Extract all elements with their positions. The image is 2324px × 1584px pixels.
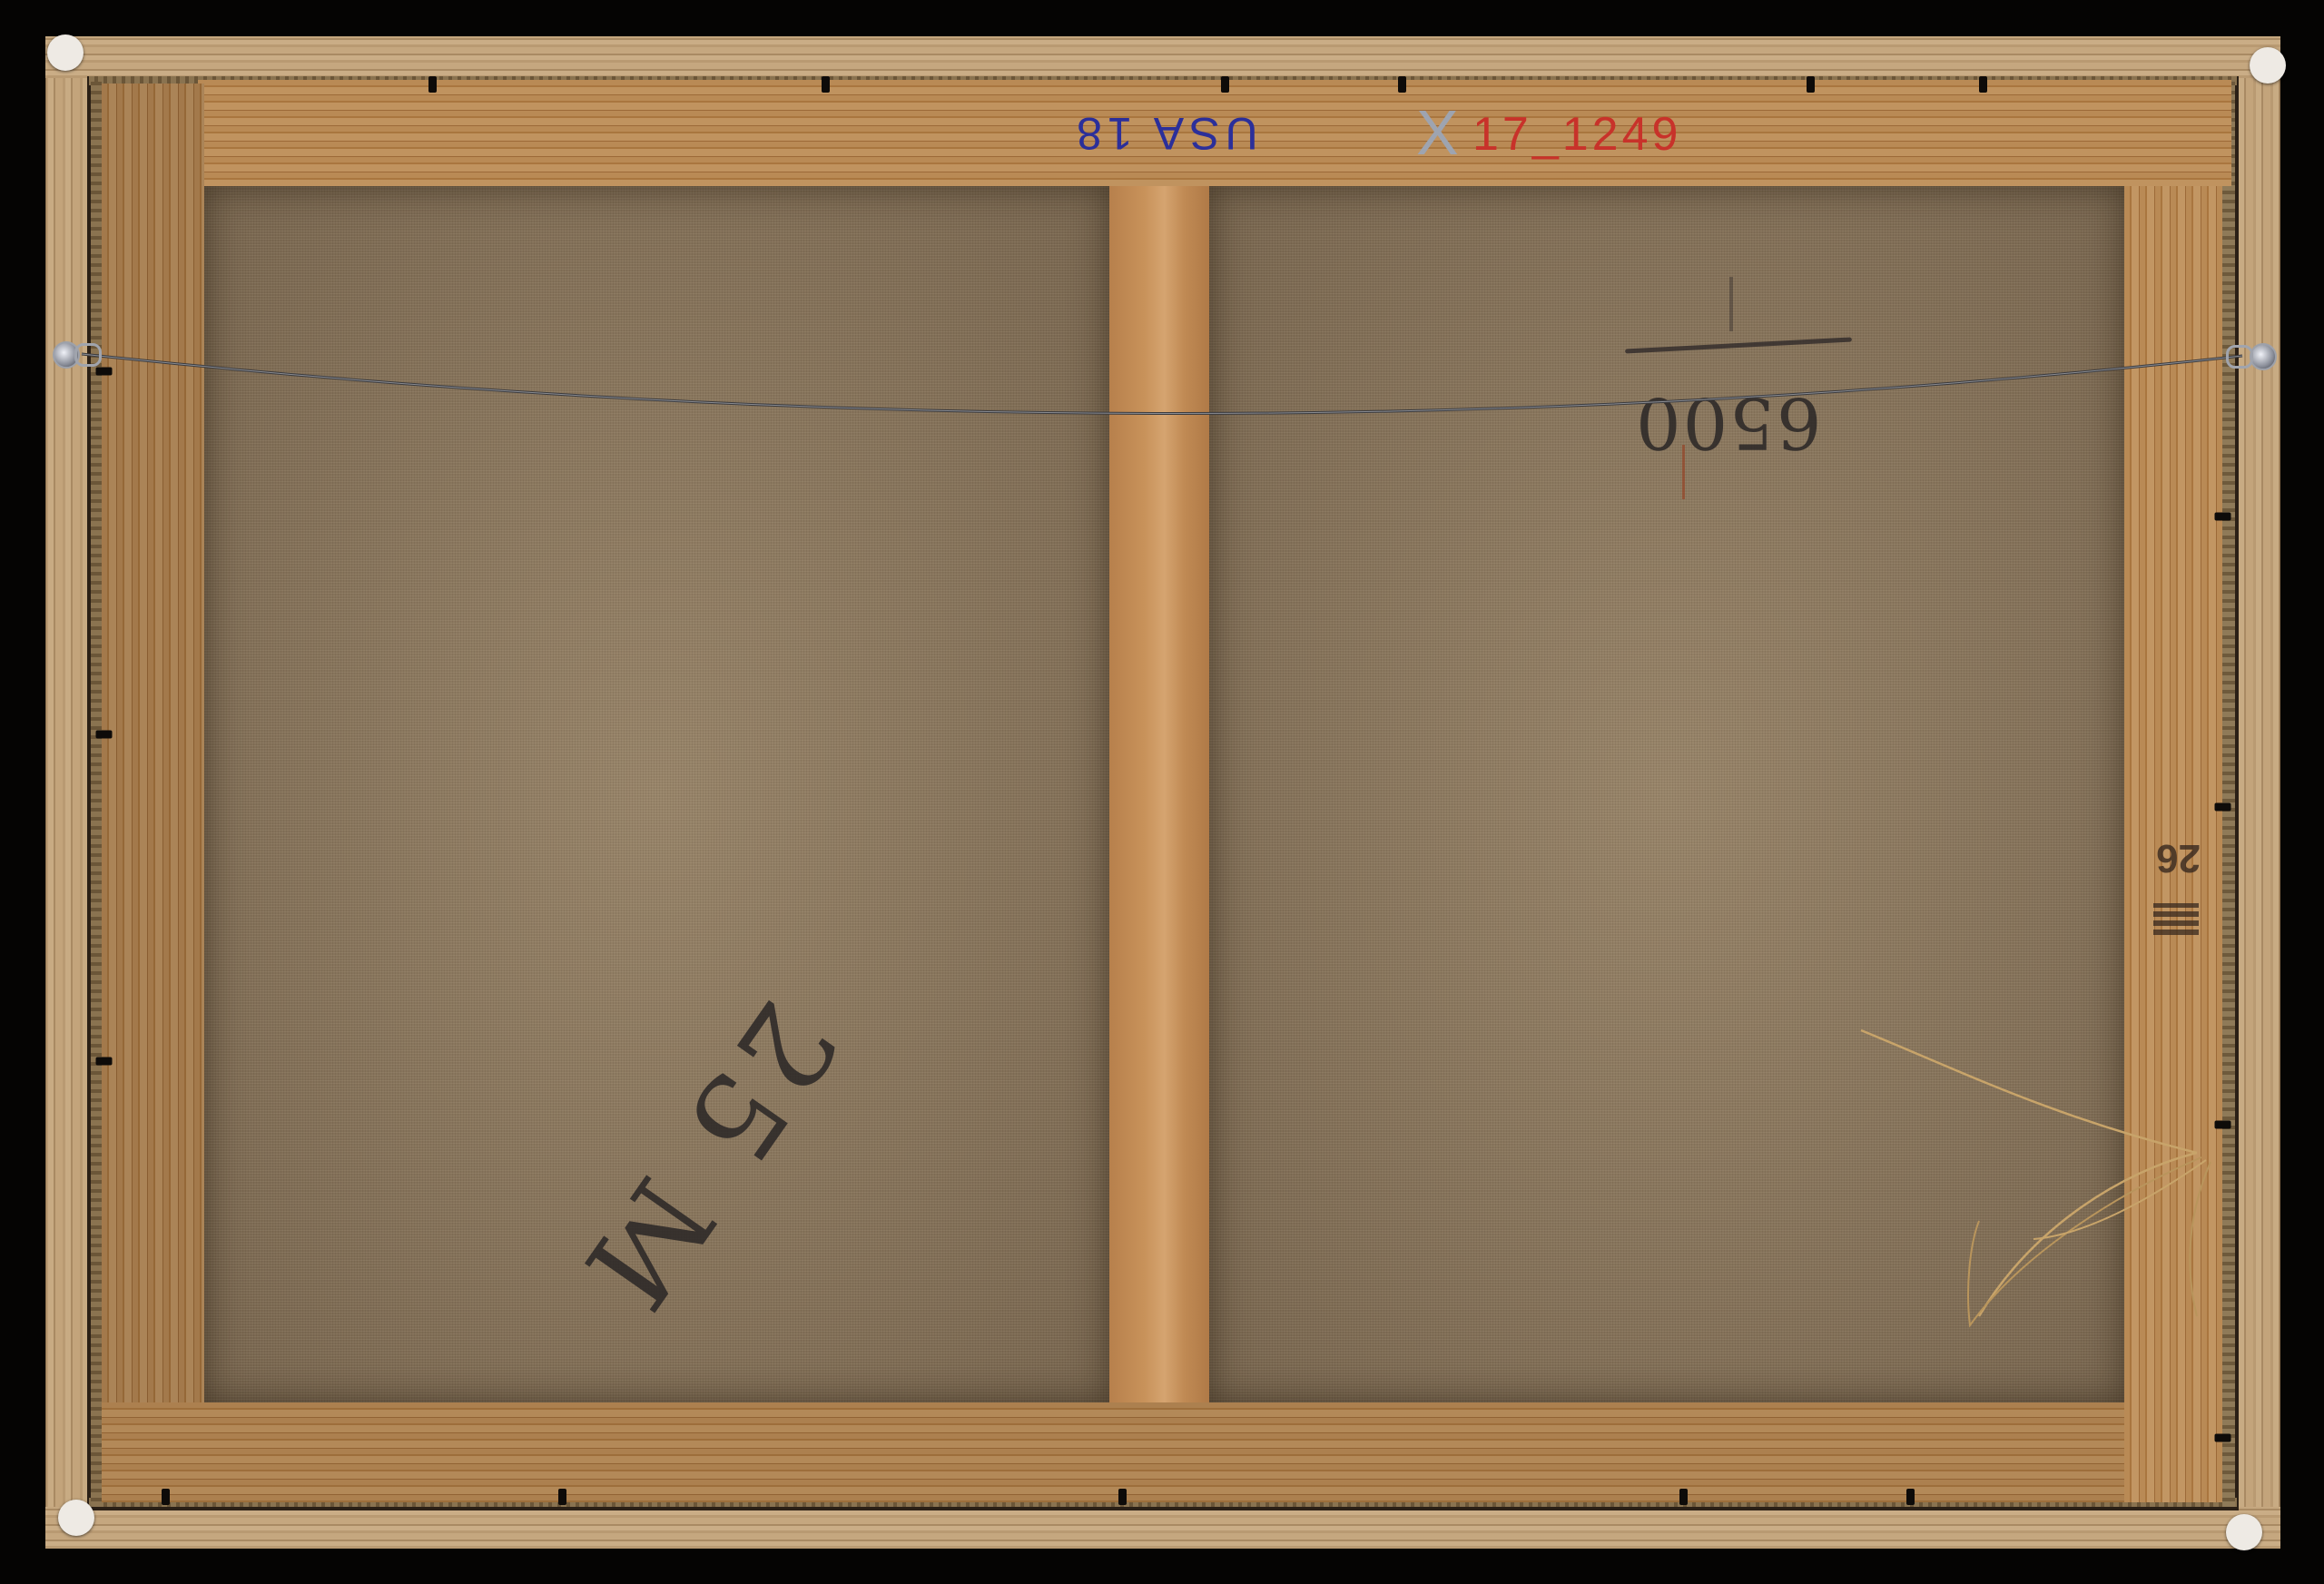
staple	[96, 1058, 113, 1066]
frame-bottom-rail	[45, 1507, 2280, 1549]
staple	[162, 1489, 170, 1505]
staple	[96, 731, 113, 739]
felt-bumper-top-left	[47, 34, 84, 71]
staple	[558, 1489, 566, 1505]
stamp-bars	[2153, 903, 2199, 935]
stretcher-bottom-bar	[102, 1402, 2132, 1502]
hanging-wire	[0, 0, 2324, 545]
d-ring-loop-left	[74, 343, 102, 367]
felt-bumper-bottom-left	[58, 1500, 94, 1536]
d-ring-loop-right	[2226, 345, 2253, 369]
staple	[1118, 1489, 1127, 1505]
staple	[1679, 1489, 1688, 1505]
staple	[1906, 1489, 1915, 1505]
stamp-26: 26	[2156, 835, 2201, 881]
loose-threads	[1852, 1017, 2251, 1362]
felt-bumper-top-right	[2250, 47, 2286, 84]
d-ring-right-icon	[2250, 343, 2277, 370]
staple	[2215, 803, 2231, 812]
staple	[2215, 1434, 2231, 1442]
felt-bumper-bottom-right	[2226, 1514, 2262, 1550]
